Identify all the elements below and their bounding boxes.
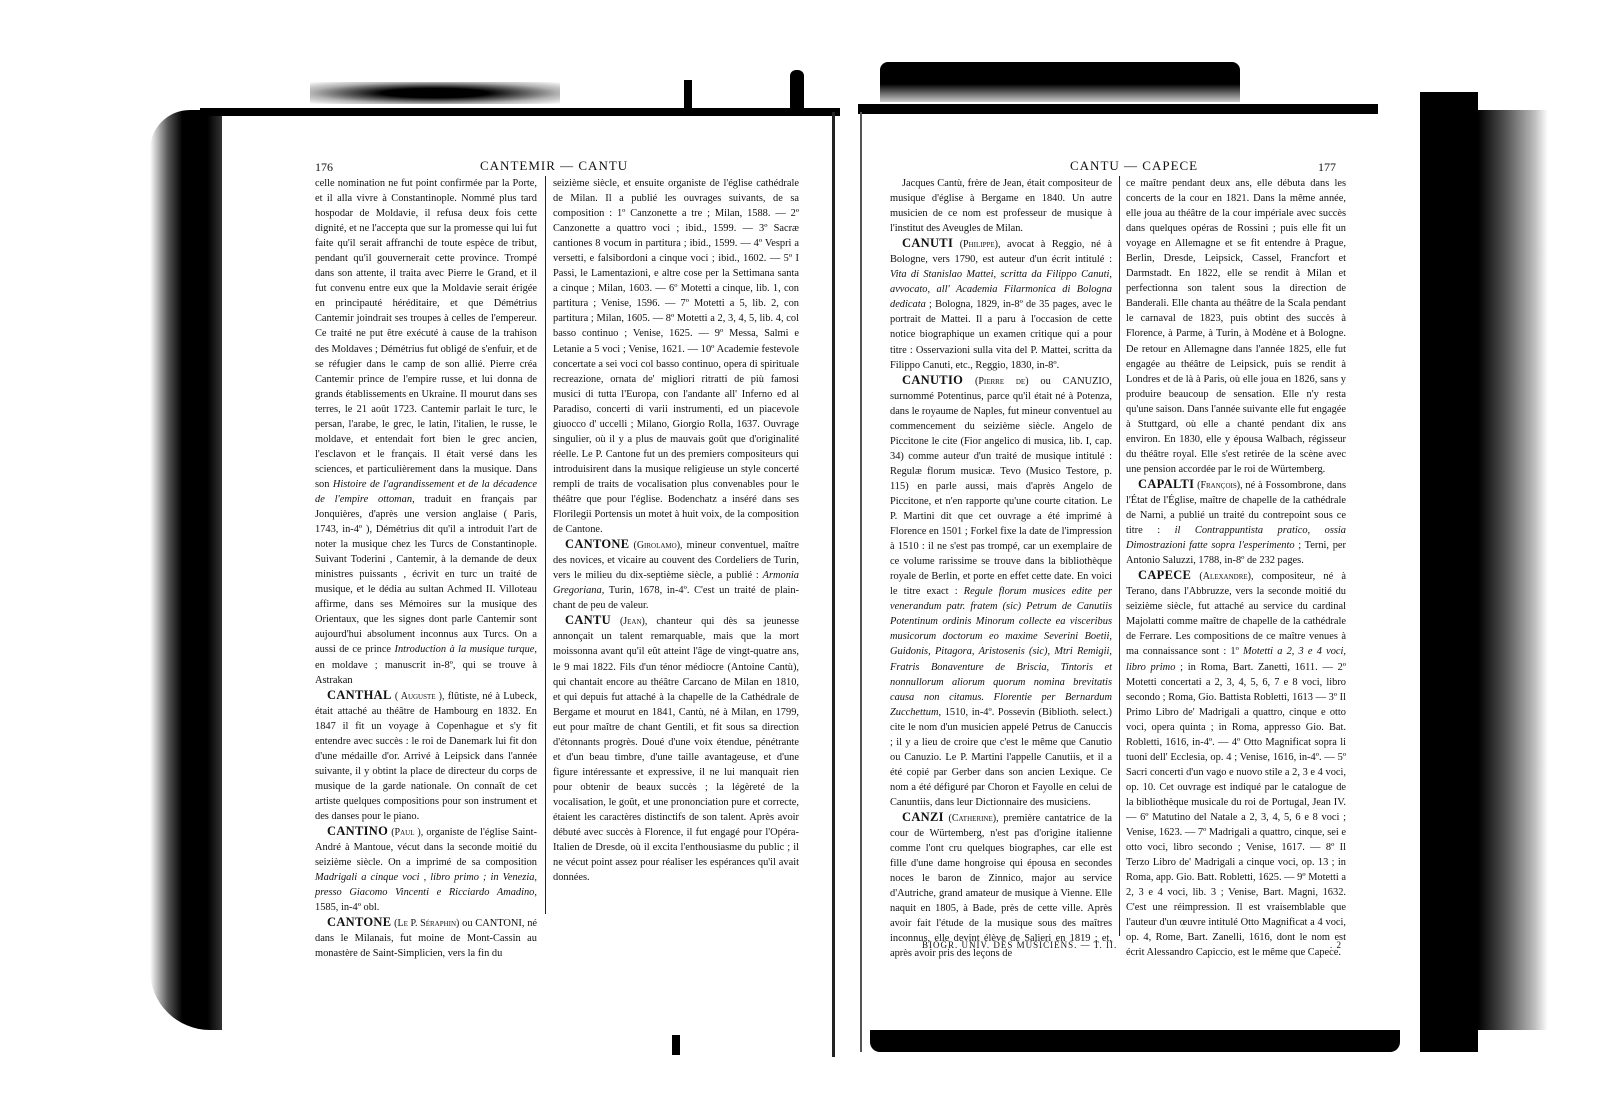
scan-shadow-right	[1420, 92, 1478, 1052]
page-number: 177	[1318, 160, 1336, 175]
continued-entry: seizième siècle, et ensuite organiste de…	[553, 176, 799, 537]
book-clip-marker	[790, 70, 804, 110]
book-spine-left	[832, 112, 835, 1057]
entry-canutio: CANUTIO (Pierre de) ou CANUZIO, surnommé…	[890, 373, 1112, 810]
column-rule	[1119, 176, 1120, 936]
entry-canzi: CANZI (Catherine), première cantatrice d…	[890, 810, 1112, 961]
book-clip-marker	[672, 1035, 680, 1055]
column-rule	[545, 176, 546, 914]
left-page: 176 CANTEMIR — CANTU celle nomination ne…	[222, 118, 832, 1030]
scan-page-edge-top-right	[858, 104, 1378, 114]
text-column-2: seizième siècle, et ensuite organiste de…	[553, 176, 799, 885]
scan-shadow-right-fade	[1478, 110, 1548, 1030]
right-page: CANTU — CAPECE 177 Jacques Cantù, frère …	[862, 118, 1420, 1030]
entry-cantone-girolamo: CANTONE (Girolamo), mineur conventuel, m…	[553, 537, 799, 613]
scan-smudge-right	[880, 62, 1240, 102]
entry-cantu-jean: CANTU (Jean), chanteur qui dès sa jeunes…	[553, 613, 799, 885]
entry-cantino: CANTINO (Paul ), organiste de l'église S…	[315, 824, 537, 915]
entry-capalti: CAPALTI (François), né à Fossombrone, da…	[1126, 477, 1346, 568]
running-head: CANTU — CAPECE	[1070, 158, 1198, 174]
scan-shadow-left	[150, 110, 222, 1030]
footer-signature: BIOGR. UNIV. DES MUSICIENS. — T. II.	[922, 940, 1117, 950]
running-head: CANTEMIR — CANTU	[480, 158, 628, 174]
scan-page-edge-top-left	[200, 108, 840, 116]
continued-entry: ce maître pendant deux ans, elle débuta …	[1126, 176, 1346, 477]
entry-cantone-seraphin: CANTONE (Le P. Séraphin) ou CANTONI, né …	[315, 915, 537, 961]
page-number: 176	[315, 160, 333, 175]
continued-entry: Jacques Cantù, frère de Jean, était comp…	[890, 176, 1112, 236]
scan-smudge	[310, 82, 560, 104]
entry-canuti: CANUTI (Philippe), avocat à Reggio, né à…	[890, 236, 1112, 372]
book-clip-marker	[684, 80, 692, 110]
text-column-2: ce maître pendant deux ans, elle débuta …	[1126, 176, 1346, 960]
scan-page-edge-bottom-right	[870, 1030, 1400, 1052]
entry-capece: CAPECE (Alexandre), compositeur, né à Te…	[1126, 568, 1346, 960]
signature-mark: . 2	[1330, 940, 1342, 950]
continued-entry: celle nomination ne fut point confirmée …	[315, 176, 537, 688]
entry-canthal: CANTHAL ( Auguste ), flûtiste, né à Lube…	[315, 688, 537, 824]
text-column-1: Jacques Cantù, frère de Jean, était comp…	[890, 176, 1112, 961]
text-column-1: celle nomination ne fut point confirmée …	[315, 176, 537, 961]
